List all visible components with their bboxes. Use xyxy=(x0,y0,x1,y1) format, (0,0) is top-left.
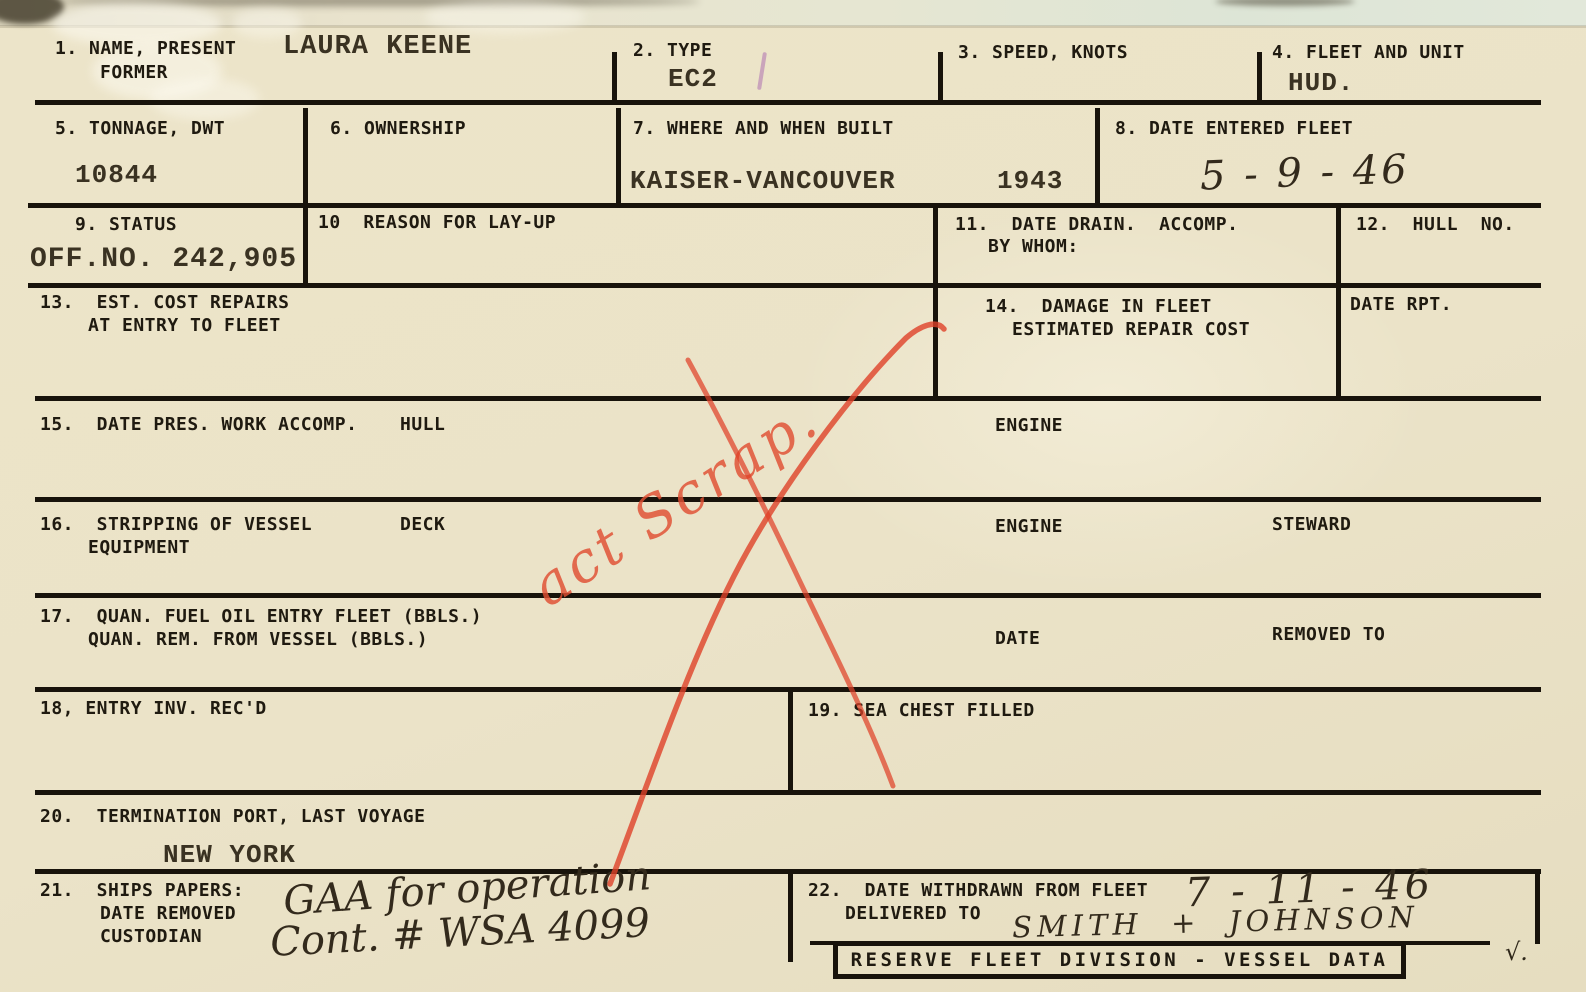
grid-line-v xyxy=(303,108,308,286)
reserve-fleet-banner: RESERVE FLEET DIVISION - VESSEL DATA xyxy=(833,941,1406,979)
field-8-label: 8. DATE ENTERED FLEET xyxy=(1115,118,1353,139)
field-7-value: KAISER-VANCOUVER xyxy=(630,166,896,196)
field-1-former-label: FORMER xyxy=(100,62,168,83)
grid-line-v xyxy=(1535,872,1540,944)
field-16-label: 16. STRIPPING OF VESSEL xyxy=(40,514,312,535)
grid-line-v xyxy=(616,108,621,206)
grid-line-v xyxy=(612,52,617,104)
field-20-value: NEW YORK xyxy=(163,840,296,870)
field-3-label: 3. SPEED, KNOTS xyxy=(958,42,1128,63)
field-12-label: 12. HULL NO. xyxy=(1356,214,1515,235)
field-17-date-label: DATE xyxy=(995,628,1040,649)
field-5-label: 5. TONNAGE, DWT xyxy=(55,118,225,139)
field-15-hull-label: HULL xyxy=(400,414,445,435)
field-2-value: EC2 xyxy=(668,64,718,94)
grid-line-v xyxy=(938,52,943,104)
field-8-value-handwritten: 5 - 9 - 46 xyxy=(1199,146,1410,199)
field-16-steward-label: STEWARD xyxy=(1272,514,1351,535)
grid-line-v xyxy=(1095,108,1100,206)
grid-line-v xyxy=(933,205,938,399)
grid-line-h xyxy=(28,203,1541,208)
checkmark-annotation: √. xyxy=(1505,938,1528,966)
grid-line-h xyxy=(35,100,1541,105)
field-22-label: 22. DATE WITHDRAWN FROM FLEET xyxy=(808,880,1148,901)
field-13-label: 13. EST. COST REPAIRS xyxy=(40,292,289,313)
field-16-engine-label: ENGINE xyxy=(995,516,1063,537)
grid-line-v xyxy=(1257,52,1262,104)
field-16-deck-label: DECK xyxy=(400,514,445,535)
field-21-custodian-label: CUSTODIAN xyxy=(100,926,202,947)
field-7-label: 7. WHERE AND WHEN BUILT xyxy=(633,118,894,139)
grid-line-h xyxy=(28,283,1541,288)
field-10-label: 10 REASON FOR LAY-UP xyxy=(318,212,556,233)
field-14-date-rpt-label: DATE RPT. xyxy=(1350,294,1452,315)
field-18-label: 18, ENTRY INV. REC'D xyxy=(40,698,267,719)
field-9-value: OFF.NO. 242,905 xyxy=(30,244,297,275)
grid-line-v xyxy=(1336,205,1341,399)
field-17-label: 17. QUAN. FUEL OIL ENTRY FLEET (BBLS.) xyxy=(40,606,482,627)
field-5-value: 10844 xyxy=(75,160,158,190)
field-21-label: 21. SHIPS PAPERS: xyxy=(40,880,244,901)
field-9-label: 9. STATUS xyxy=(75,214,177,235)
field-7-year: 1943 xyxy=(997,166,1063,196)
grid-line-h xyxy=(35,593,1541,598)
banner-title: RESERVE FLEET DIVISION - VESSEL DATA xyxy=(851,949,1389,971)
field-15-engine-label: ENGINE xyxy=(995,415,1063,436)
field-20-label: 20. TERMINATION PORT, LAST VOYAGE xyxy=(40,806,425,827)
field-6-label: 6. OWNERSHIP xyxy=(330,118,466,139)
field-4-label: 4. FLEET AND UNIT xyxy=(1272,42,1465,63)
grid-line-v xyxy=(788,689,793,793)
field-14-sub-label: ESTIMATED REPAIR COST xyxy=(1012,319,1250,340)
field-1-value: LAURA KEENE xyxy=(283,32,472,62)
field-22-delivered-to-handwritten: SMITH + JOHNSON xyxy=(1012,900,1420,945)
field-19-label: 19. SEA CHEST FILLED xyxy=(808,700,1035,721)
field-21-date-removed-label: DATE REMOVED xyxy=(100,903,236,924)
field-13-sub-label: AT ENTRY TO FLEET xyxy=(88,315,281,336)
field-11-by-whom-label: BY WHOM: xyxy=(988,236,1079,257)
field-11-label: 11. DATE DRAIN. ACCOMP. xyxy=(955,214,1238,235)
grid-line-h xyxy=(35,497,1541,502)
field-17-removed-to-label: REMOVED TO xyxy=(1272,624,1385,645)
purple-pencil-mark xyxy=(757,52,767,90)
field-15-label: 15. DATE PRES. WORK ACCOMP. xyxy=(40,414,357,435)
vessel-data-card: 1. NAME, PRESENT FORMER LAURA KEENE 2. T… xyxy=(0,0,1586,992)
field-14-label: 14. DAMAGE IN FLEET xyxy=(985,296,1212,317)
red-note-handwritten: act Scrap. xyxy=(520,386,831,619)
paper-damage-spot xyxy=(425,0,585,34)
field-4-value: HUD. xyxy=(1288,68,1354,98)
field-1-label: 1. NAME, PRESENT xyxy=(55,38,236,59)
field-2-label: 2. TYPE xyxy=(633,40,712,61)
field-22-delivered-to-label: DELIVERED TO xyxy=(845,903,981,924)
grid-line-v xyxy=(788,872,793,962)
paper-damage-spot xyxy=(150,78,260,120)
field-17-sub-label: QUAN. REM. FROM VESSEL (BBLS.) xyxy=(88,629,428,650)
field-16-equipment-label: EQUIPMENT xyxy=(88,537,190,558)
